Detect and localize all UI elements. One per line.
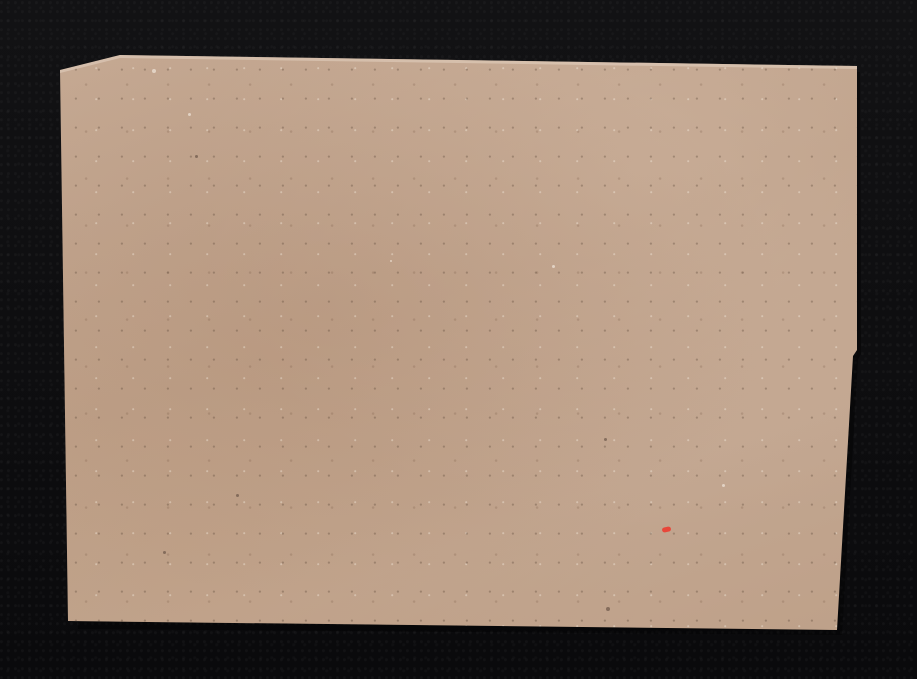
- paper-speck: [604, 438, 607, 441]
- paper-speck: [188, 113, 191, 116]
- paper-speck: [152, 69, 156, 73]
- paper-speck: [236, 494, 239, 497]
- paper-speck: [390, 260, 392, 262]
- kraft-paper-sheet: [0, 0, 917, 679]
- paper-speck: [552, 265, 555, 268]
- paper-speck: [195, 155, 198, 158]
- paper-speck: [722, 484, 725, 487]
- photo-scene: [0, 0, 917, 679]
- paper-speck: [606, 607, 610, 611]
- paper-speck: [163, 551, 166, 554]
